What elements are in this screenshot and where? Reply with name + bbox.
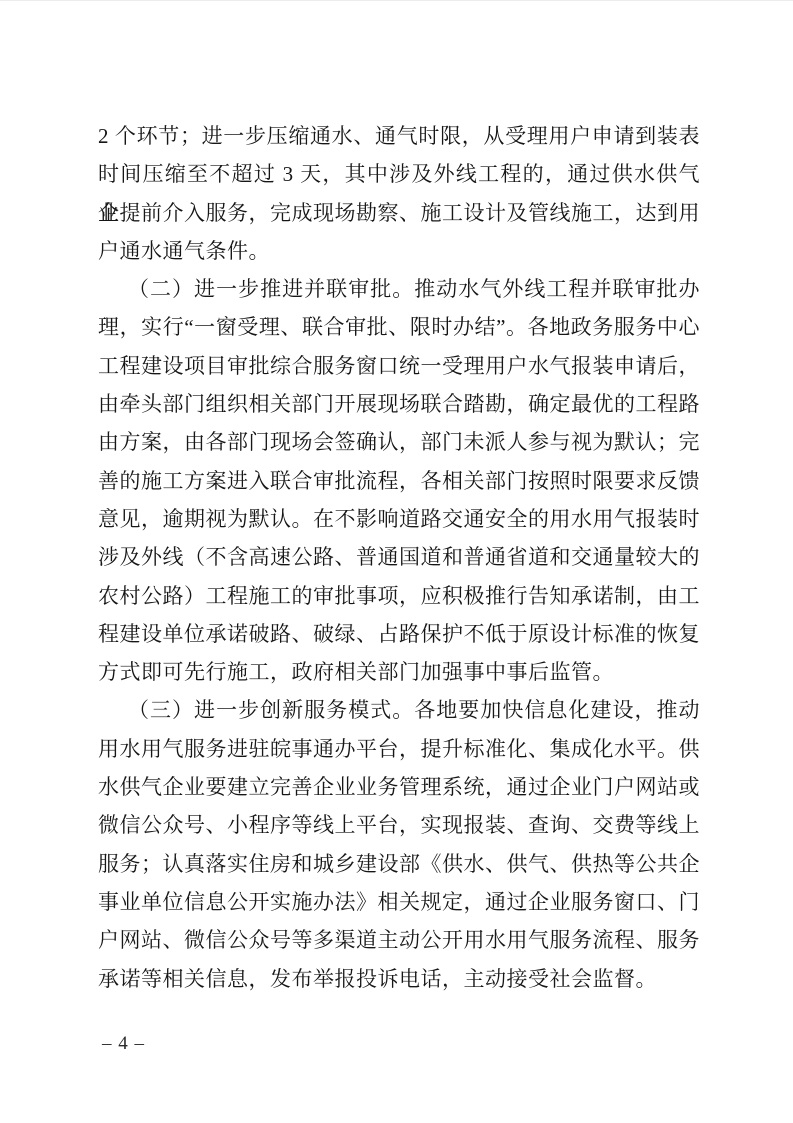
document-page: 2 个环节；进一步压缩通水、通气时限，从受理用户申请到装表 时间压缩至不超过 3… bbox=[0, 0, 793, 1123]
text-line: 农村公路）工程施工的审批事项，应积极推行告知承诺制，由工 bbox=[98, 577, 700, 615]
text-line: 程建设单位承诺破路、破绿、占路保护不低于原设计标准的恢复 bbox=[98, 615, 700, 653]
text-line: 微信公众号、小程序等线上平台，实现报装、查询、交费等线上 bbox=[98, 806, 700, 844]
text-line paragraph-start-item-2: （二）进一步推进并联审批。推动水气外线工程并联审批办 bbox=[98, 270, 700, 308]
text-line: 涉及外线（不含高速公路、普通国道和普通省道和交通量较大的 bbox=[98, 538, 700, 576]
text-line paragraph-end: 方式即可先行施工，政府相关部门加强事中事后监管。 bbox=[98, 653, 700, 691]
text-line: 善的施工方案进入联合审批流程，各相关部门按照时限要求反馈 bbox=[98, 462, 700, 500]
text-line: 由牵头部门组织相关部门开展现场联合踏勘，确定最优的工程路 bbox=[98, 385, 700, 423]
text-line: 业提前介入服务，完成现场勘察、施工设计及管线施工，达到用 bbox=[98, 194, 700, 232]
text-line paragraph-end: 户通水通气条件。 bbox=[98, 232, 700, 270]
text-line: 用水用气服务进驻皖事通办平台，提升标准化、集成化水平。供 bbox=[98, 730, 700, 768]
text-line: 由方案，由各部门现场会签确认，部门未派人参与视为默认；完 bbox=[98, 423, 700, 461]
text-line: 水供气企业要建立完善企业业务管理系统，通过企业门户网站或 bbox=[98, 768, 700, 806]
text-line paragraph-start-item-3: （三）进一步创新服务模式。各地要加快信息化建设，推动 bbox=[98, 691, 700, 729]
text-line: 工程建设项目审批综合服务窗口统一受理用户水气报装申请后， bbox=[98, 347, 700, 385]
text-line: 时间压缩至不超过 3 天，其中涉及外线工程的，通过供水供气企 bbox=[98, 155, 700, 193]
page-number: – 4 – bbox=[102, 1032, 145, 1056]
text-line: 意见，逾期视为默认。在不影响道路交通安全的用水用气报装时 bbox=[98, 500, 700, 538]
text-line: 理，实行“一窗受理、联合审批、限时办结”。各地政务服务中心 bbox=[98, 308, 700, 346]
text-line: 2 个环节；进一步压缩通水、通气时限，从受理用户申请到装表 bbox=[98, 117, 700, 155]
document-body-text: 2 个环节；进一步压缩通水、通气时限，从受理用户申请到装表 时间压缩至不超过 3… bbox=[98, 117, 700, 998]
text-line: 服务；认真落实住房和城乡建设部《供水、供气、供热等公共企 bbox=[98, 845, 700, 883]
text-line: 户网站、微信公众号等多渠道主动公开用水用气服务流程、服务 bbox=[98, 921, 700, 959]
text-line: 事业单位信息公开实施办法》相关规定，通过企业服务窗口、门 bbox=[98, 883, 700, 921]
text-line paragraph-end: 承诺等相关信息，发布举报投诉电话，主动接受社会监督。 bbox=[98, 960, 700, 998]
